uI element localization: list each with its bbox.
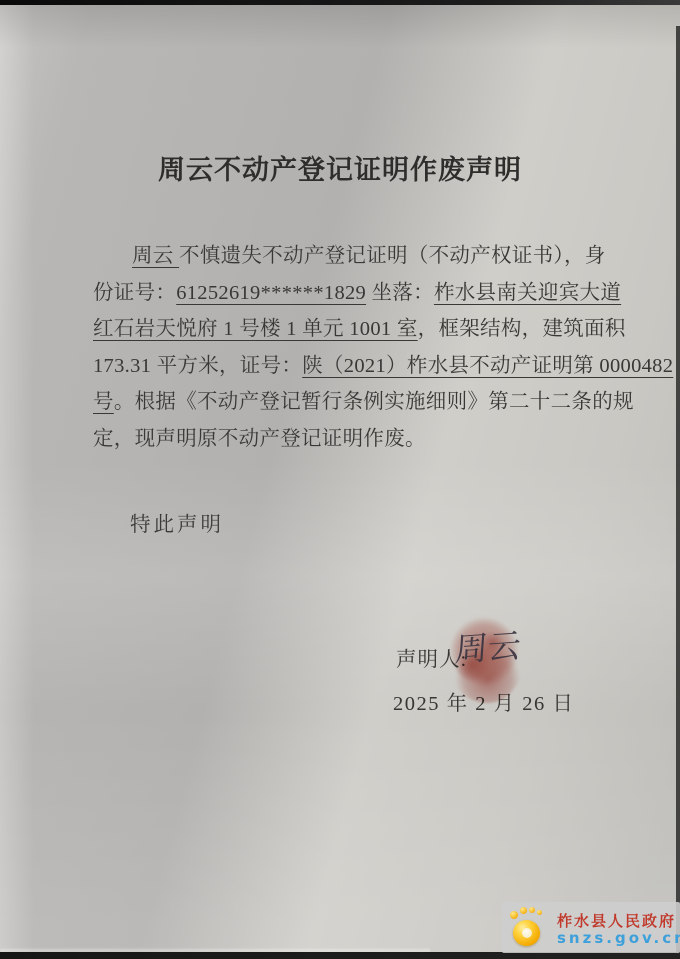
body-line: 周云 不慎遗失不动产登记证明（不动产权证书），身 (93, 238, 589, 275)
body-text: 。根据《不动产登记暂行条例实施细则》第二十二条的规 (114, 391, 634, 413)
scanned-document: 周云不动产登记证明作废声明 周云 不慎遗失不动产登记证明（不动产权证书），身 份… (0, 0, 680, 959)
body-line: 定，现声明原不动产登记证明作废。 (93, 421, 589, 458)
body-line: 173.31 平方米，证号：陕（2021）柞水县不动产证明第 0000482 (93, 348, 589, 385)
body-text: 173.31 平方米，证号： (93, 355, 302, 377)
body-line: 份证号：61252619******1829 坐落：柞水县南关迎宾大道 (93, 275, 589, 312)
underlined-certificate-number: 陕（2021）柞水县不动产证明第 0000482 (302, 355, 673, 377)
body-line: 号。根据《不动产登记暂行条例实施细则》第二十二条的规 (93, 384, 589, 421)
underlined-address: 红石岩天悦府 1 号楼 1 单元 1001 室 (93, 318, 418, 340)
gov-name: 柞水县人民政府 (557, 910, 676, 931)
underlined-address: 柞水县南关迎宾大道 (434, 282, 621, 304)
body-text: 坐落： (366, 282, 434, 304)
body-line: 红石岩天悦府 1 号楼 1 单元 1001 室，框架结构，建筑面积 (93, 311, 589, 348)
scan-edge-bottom (0, 952, 680, 959)
footprint-toe (529, 907, 535, 913)
document-title: 周云不动产登记证明作废声明 (0, 148, 680, 187)
scan-edge-top (0, 0, 680, 5)
signature-handwriting: 周云 (453, 620, 522, 672)
underlined-id-number: 61252619******1829 (176, 282, 366, 304)
body-text: ，框架结构，建筑面积 (418, 318, 626, 340)
gov-watermark: 柞水县人民政府 snzs.gov.cn (502, 902, 680, 953)
closing-statement: 特此声明 (130, 507, 224, 537)
body-paragraph: 周云 不慎遗失不动产登记证明（不动产权证书），身 份证号：61252619***… (93, 238, 589, 457)
footprint-ring-hole (522, 928, 532, 938)
underlined-certificate-number: 号 (93, 391, 114, 413)
body-text: 不慎遗失不动产登记证明（不动产权证书），身 (179, 245, 606, 267)
gov-url: snzs.gov.cn (557, 929, 680, 947)
body-text: 份证号： (93, 282, 176, 304)
body-text: 定，现声明原不动产登记证明作废。 (93, 428, 426, 450)
underlined-name: 周云 (132, 245, 179, 267)
scan-edge-right (676, 26, 680, 954)
footprint-toe (510, 911, 518, 919)
footprint-icon (510, 907, 550, 949)
footprint-toe (520, 907, 527, 914)
footprint-toe (537, 910, 542, 915)
